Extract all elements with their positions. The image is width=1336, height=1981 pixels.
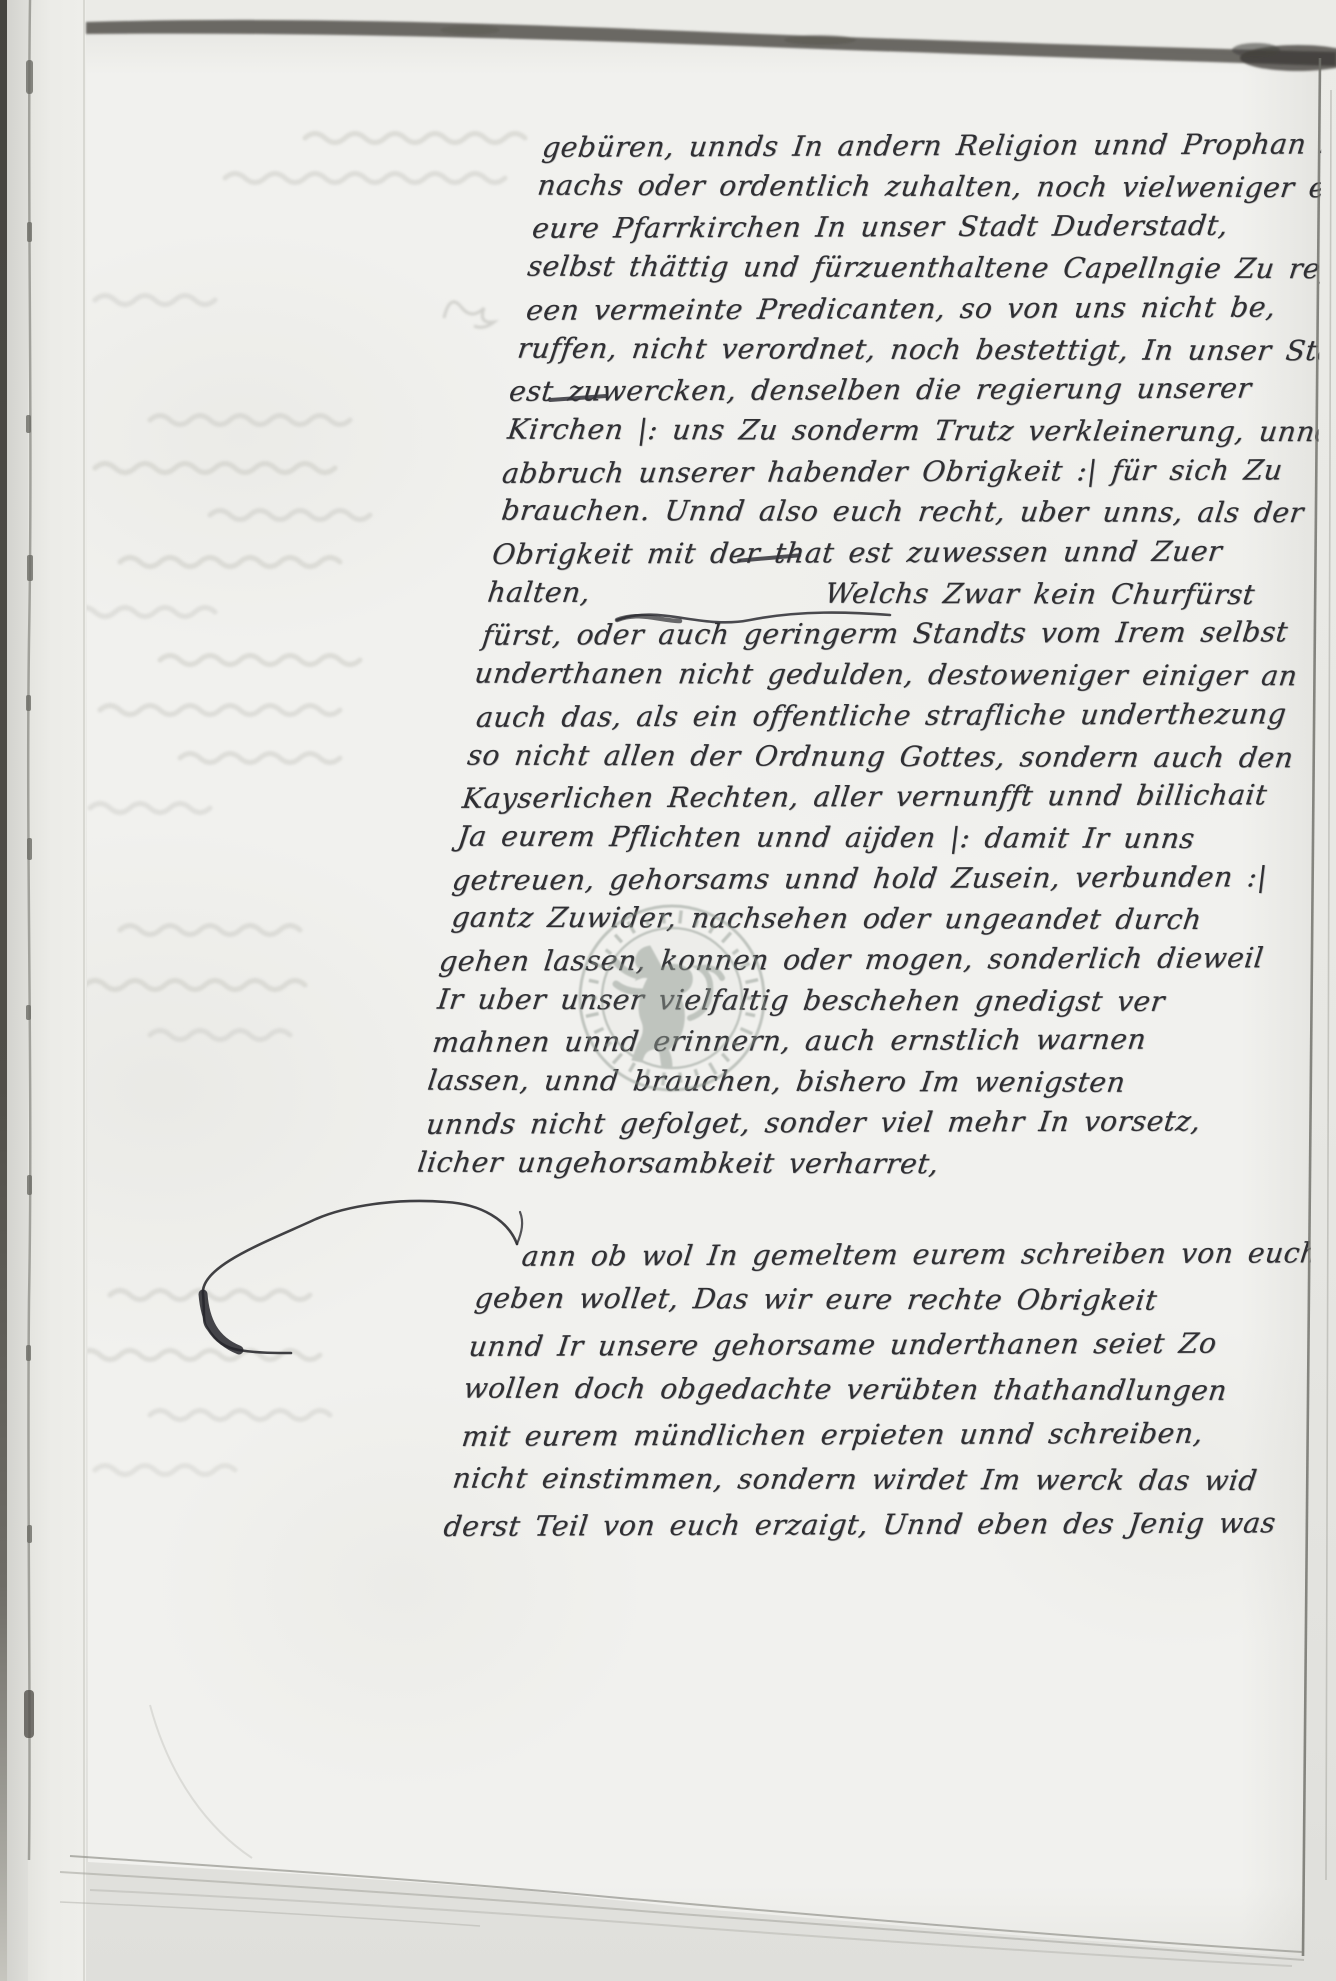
line-filler-swash: [600, 575, 920, 625]
left-crease-line: [83, 0, 85, 1981]
ghost-line: [95, 296, 215, 305]
ghost-line: [100, 706, 340, 715]
ghost-line: [75, 608, 215, 617]
left-page-stack: [7, 0, 28, 1981]
ghost-line: [90, 804, 210, 813]
manuscript-scan: gebüren, unnds In andern Religion unnd P…: [0, 0, 1336, 1981]
binding-gutter-edge: [0, 0, 7, 1981]
ghost-line: [95, 464, 335, 473]
ghost-line: [120, 558, 340, 567]
ghost-line: [305, 134, 525, 143]
ghost-line: [95, 1466, 235, 1475]
left-page-edge-strip: [28, 0, 86, 1981]
lion-stamp: [572, 898, 772, 1098]
ghost-line: [120, 926, 300, 935]
initial-swash: [186, 1182, 546, 1372]
page-sheet: gebüren, unnds In andern Religion unnd P…: [0, 0, 1336, 1981]
ghost-line: [85, 981, 305, 990]
ghost-line: [150, 416, 350, 425]
ghost-line: [180, 754, 340, 763]
pen-trial-doodle: [444, 302, 494, 327]
ghost-line: [160, 656, 360, 665]
ghost-line: [225, 174, 505, 183]
ghost-line: [210, 511, 370, 520]
ghost-line: [150, 1411, 330, 1420]
ghost-line: [150, 1031, 290, 1040]
